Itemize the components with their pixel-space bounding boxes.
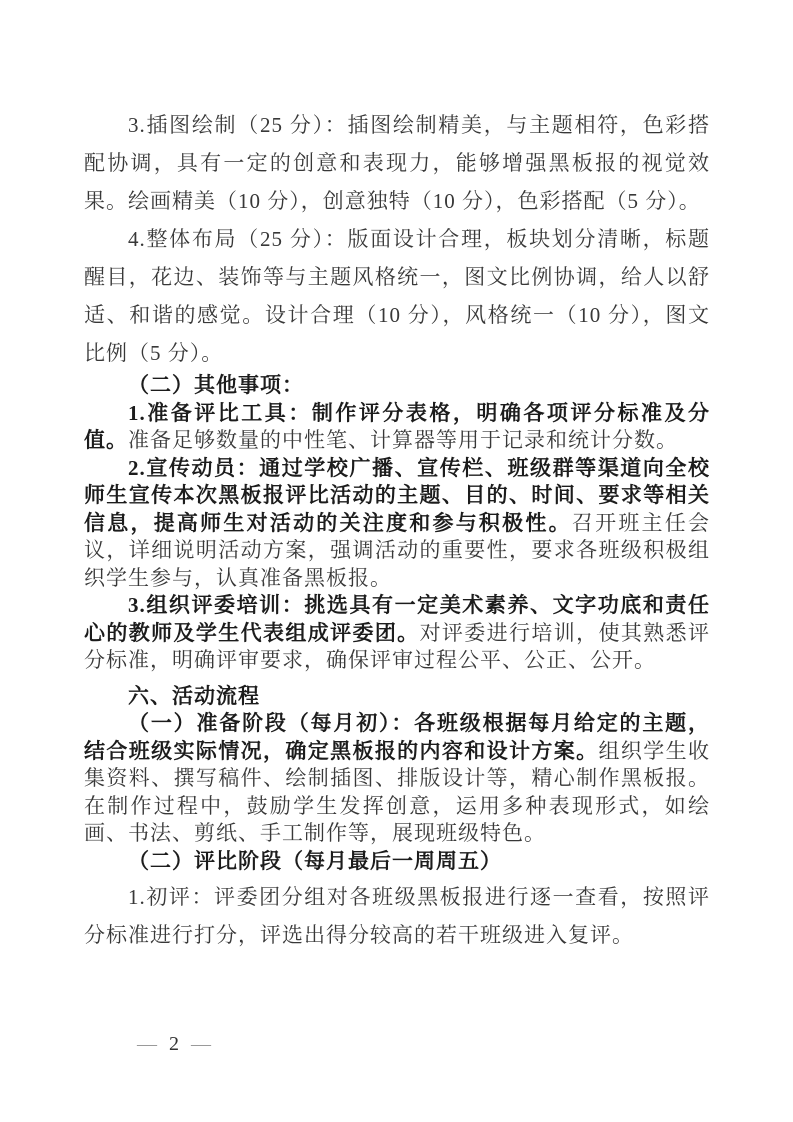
subheading-evaluation-stage: （二）评比阶段（每月最后一周周五）: [84, 848, 710, 876]
text-run: 六、活动流程: [128, 684, 260, 708]
text-run: 3.插图绘制（25 分）：插图绘制精美，与主题相符，色彩搭配协调，具有一定的创意…: [84, 113, 710, 213]
page-number: —2—: [137, 1032, 213, 1056]
subheading-other-matters: （二）其他事项：: [84, 372, 710, 400]
text-run: （二）评比阶段（每月最后一周周五）: [128, 849, 502, 873]
text-run: 4.整体布局（25 分）：版面设计合理，板块划分清晰，标题醒目，花边、装饰等与主…: [84, 227, 710, 365]
para-illustration-scoring: 3.插图绘制（25 分）：插图绘制精美，与主题相符，色彩搭配协调，具有一定的创意…: [84, 106, 710, 220]
document-body: 3.插图绘制（25 分）：插图绘制精美，与主题相符，色彩搭配协调，具有一定的创意…: [84, 0, 710, 954]
para-overall-layout-scoring: 4.整体布局（25 分）：版面设计合理，板块划分清晰，标题醒目，花边、装饰等与主…: [84, 220, 710, 372]
document-page: 3.插图绘制（25 分）：插图绘制精美，与主题相符，色彩搭配协调，具有一定的创意…: [0, 0, 793, 1122]
text-run: 1.初评：评委团分组对各班级黑板报进行逐一查看，按照评分标准进行打分，评选出得分…: [84, 885, 710, 947]
page-number-dash-right: —: [191, 1033, 213, 1055]
para-judge-training: 3.组织评委培训：挑选具有一定美术素养、文字功底和责任心的教师及学生代表组成评委…: [84, 592, 710, 675]
page-number-dash-left: —: [137, 1033, 159, 1055]
page-number-value: 2: [159, 1033, 191, 1055]
para-prepare-evaluation-tools: 1.准备评比工具：制作评分表格，明确各项评分标准及分值。准备足够数量的中性笔、计…: [84, 400, 710, 455]
heading-activity-process: 六、活动流程: [84, 683, 710, 711]
para-publicity-mobilization: 2.宣传动员：通过学校广播、宣传栏、班级群等渠道向全校师生宣传本次黑板报评比活动…: [84, 455, 710, 593]
para-preparation-stage: （一）准备阶段（每月初）：各班级根据每月给定的主题，结合班级实际情况，确定黑板报…: [84, 710, 710, 848]
text-run: 准备足够数量的中性笔、计算器等用于记录和统计分数。: [128, 428, 678, 452]
para-preliminary-review: 1.初评：评委团分组对各班级黑板报进行逐一查看，按照评分标准进行打分，评选出得分…: [84, 878, 710, 954]
text-run: （二）其他事项：: [128, 373, 304, 397]
